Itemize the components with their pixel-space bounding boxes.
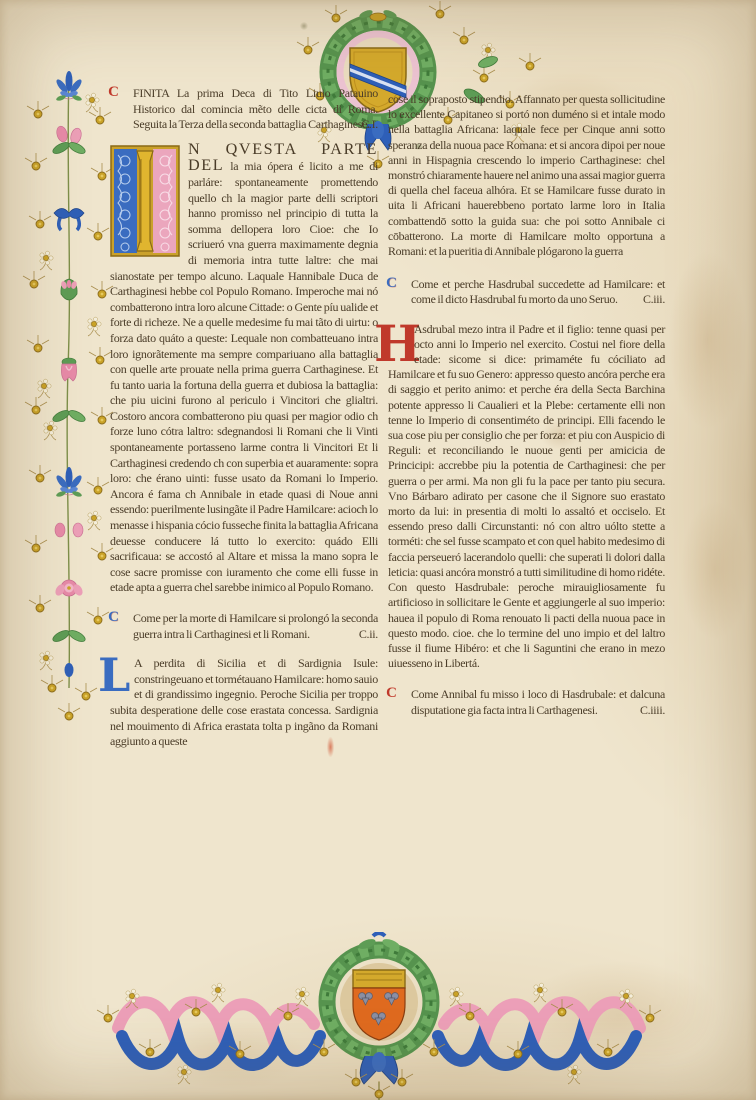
- rubric-text: Come et perche Hasdrubal succedette ad H…: [411, 277, 665, 306]
- lombard-initial-H: H: [374, 324, 408, 363]
- rubric-text: Come Annibal fu misso i loco di Hasdruba…: [411, 687, 665, 716]
- pilcrow-icon: Ϲ: [108, 610, 119, 626]
- left-floral-border-icon: [22, 48, 116, 728]
- stain: [520, 960, 720, 1070]
- pilcrow-icon: Ϲ: [386, 686, 397, 701]
- illuminated-initial-I-icon: [110, 145, 180, 257]
- chapter-rubric: Ϲ Come et perche Hasdrubal succedette ad…: [388, 277, 665, 307]
- chapter-number: C.I.: [361, 117, 378, 133]
- body-paragraph: cose il sopraposto stipendio. Affannato …: [388, 92, 665, 259]
- chapter-number: C.ii.: [359, 627, 378, 643]
- bottom-wreath-medallion-icon: [88, 932, 670, 1100]
- rubric-text: FINITA La prima Deca di Tito Liuio Patau…: [133, 86, 378, 131]
- text-column-left: Ϲ FINITA La prima Deca di Tito Liuio Pat…: [110, 86, 378, 762]
- paragraph-text: Asdrubal mezo intra il Padre et il figli…: [388, 322, 665, 670]
- pilcrow-icon: Ϲ: [108, 85, 119, 101]
- stain: [150, 1020, 310, 1090]
- lombard-initial-L: L: [98, 658, 128, 694]
- stain: [668, 250, 748, 430]
- ink-speck: [300, 22, 308, 30]
- rubric-text: Come per la morte di Hamilcare si prolon…: [133, 611, 378, 641]
- chapter-rubric: Ϲ Come per la morte di Hamilcare si prol…: [110, 611, 378, 642]
- chapter-rubric: Ϲ Come Annibal fu misso i loco di Hasdru…: [388, 687, 665, 717]
- stain: [680, 500, 750, 640]
- text-column-right: cose il sopraposto stipendio. Affannato …: [388, 92, 665, 727]
- manuscript-page: Ϲ FINITA La prima Deca di Tito Liuio Pat…: [0, 0, 756, 1100]
- chapter-number: C.iiii.: [640, 703, 665, 718]
- pilcrow-icon: Ϲ: [386, 276, 397, 291]
- chapter-number: C.iii.: [643, 292, 665, 307]
- body-paragraph: N QVESTA PARTE DEL la mia ópera é licito…: [110, 142, 378, 596]
- paragraph-text: cose il sopraposto stipendio. Affannato …: [388, 92, 665, 258]
- chapter-rubric: Ϲ FINITA La prima Deca di Tito Liuio Pat…: [110, 86, 378, 133]
- body-paragraph: L A perdita di Sicilia et di Sardignia I…: [110, 656, 378, 750]
- body-paragraph: H Asdrubal mezo intra il Padre et il fig…: [388, 322, 665, 672]
- paragraph-text: A perdita di Sicilia et di Sardignia Isu…: [110, 656, 378, 748]
